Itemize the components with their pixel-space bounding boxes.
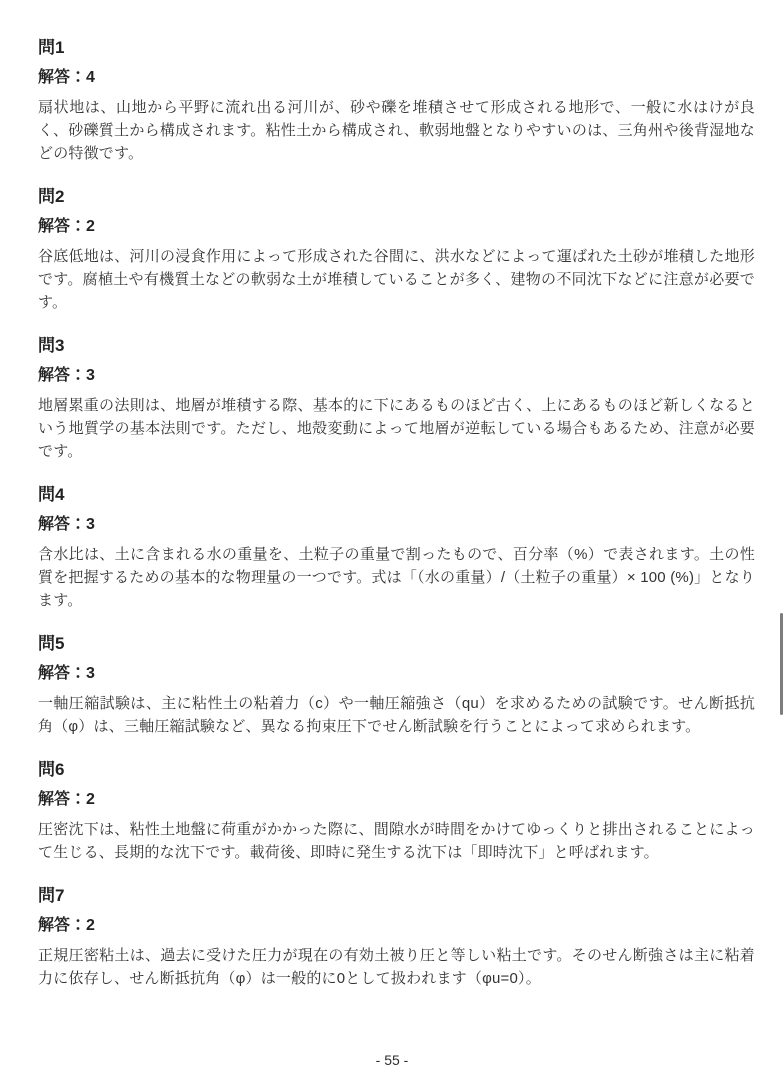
answers-content: 問1 解答：4 扇状地は、山地から平野に流れ出る河川が、砂や礫を堆積させて形成さ… <box>0 0 784 1012</box>
answer-line: 解答：2 <box>38 916 755 936</box>
answer-line: 解答：2 <box>38 790 755 810</box>
answer-line: 解答：3 <box>38 515 755 535</box>
page-number: - 55 - <box>0 1052 784 1068</box>
explanation-text: 一軸圧縮試験は、主に粘性土の粘着力（c）や一軸圧縮強さ（qu）を求めるための試験… <box>38 692 755 738</box>
question-number: 問7 <box>38 886 755 906</box>
question-section-1: 問1 解答：4 扇状地は、山地から平野に流れ出る河川が、砂や礫を堆積させて形成さ… <box>38 38 755 165</box>
explanation-text: 含水比は、土に含まれる水の重量を、土粒子の重量で割ったもので、百分率（%）で表さ… <box>38 543 755 612</box>
question-number: 問1 <box>38 38 755 58</box>
scrollbar-thumb[interactable] <box>780 613 783 715</box>
explanation-text: 地層累重の法則は、地層が堆積する際、基本的に下にあるものほど古く、上にあるものほ… <box>38 394 755 463</box>
question-section-2: 問2 解答：2 谷底低地は、河川の浸食作用によって形成された谷間に、洪水などによ… <box>38 187 755 314</box>
question-number: 問6 <box>38 760 755 780</box>
question-number: 問3 <box>38 336 755 356</box>
explanation-text: 谷底低地は、河川の浸食作用によって形成された谷間に、洪水などによって運ばれた土砂… <box>38 245 755 314</box>
answer-line: 解答：4 <box>38 68 755 88</box>
question-section-6: 問6 解答：2 圧密沈下は、粘性土地盤に荷重がかかった際に、間隙水が時間をかけて… <box>38 760 755 864</box>
question-number: 問2 <box>38 187 755 207</box>
question-section-5: 問5 解答：3 一軸圧縮試験は、主に粘性土の粘着力（c）や一軸圧縮強さ（qu）を… <box>38 634 755 738</box>
answer-line: 解答：3 <box>38 664 755 684</box>
question-number: 問4 <box>38 485 755 505</box>
question-section-3: 問3 解答：3 地層累重の法則は、地層が堆積する際、基本的に下にあるものほど古く… <box>38 336 755 463</box>
question-number: 問5 <box>38 634 755 654</box>
question-section-4: 問4 解答：3 含水比は、土に含まれる水の重量を、土粒子の重量で割ったもので、百… <box>38 485 755 612</box>
explanation-text: 扇状地は、山地から平野に流れ出る河川が、砂や礫を堆積させて形成される地形で、一般… <box>38 96 755 165</box>
explanation-text: 正規圧密粘土は、過去に受けた圧力が現在の有効土被り圧と等しい粘土です。そのせん断… <box>38 944 755 990</box>
document-page: { "page": { "background_color": "#ffffff… <box>0 0 784 1080</box>
answer-line: 解答：3 <box>38 366 755 386</box>
explanation-text: 圧密沈下は、粘性土地盤に荷重がかかった際に、間隙水が時間をかけてゆっくりと排出さ… <box>38 818 755 864</box>
question-section-7: 問7 解答：2 正規圧密粘土は、過去に受けた圧力が現在の有効土被り圧と等しい粘土… <box>38 886 755 990</box>
answer-line: 解答：2 <box>38 217 755 237</box>
